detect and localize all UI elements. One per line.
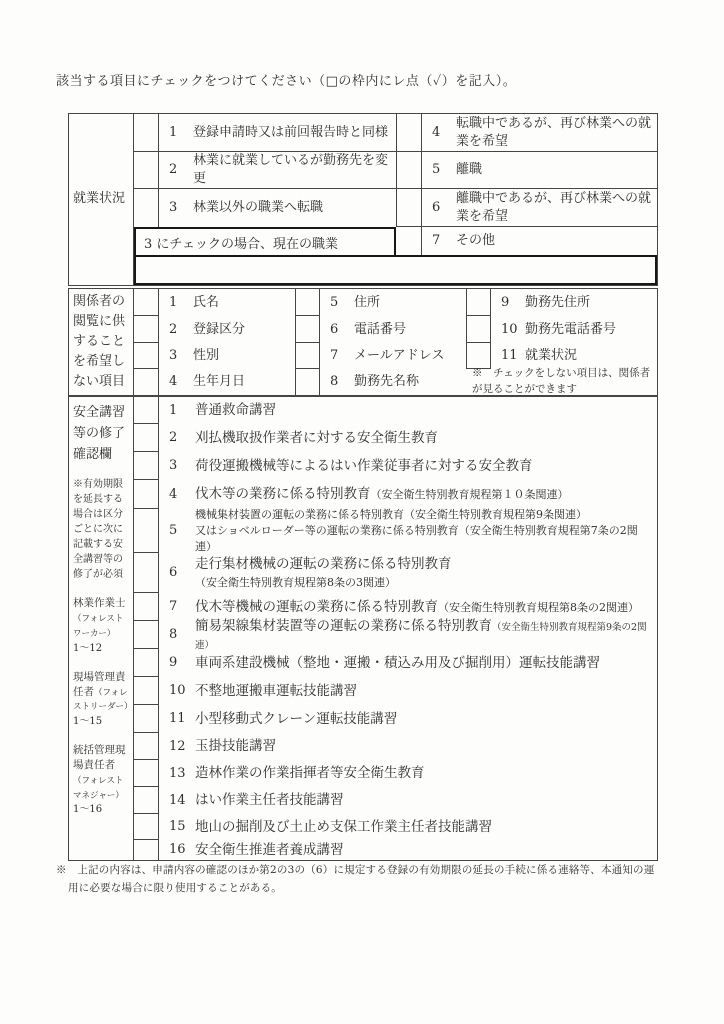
privacy-item: 5 住所 [320, 289, 466, 316]
training-item: 5機械集材装置の運転の業務に係る特別教育（安全衛生特別教育規程第9条関連） 又は… [159, 509, 657, 553]
training-item: 12玉掛技能講習 [159, 733, 657, 760]
training-item: 16安全衛生推進者養成講習 [159, 840, 657, 860]
privacy-item: 7 メールアドレス [320, 343, 466, 369]
checkbox[interactable] [295, 289, 320, 316]
employment-option: 1 登録申請時又は前回報告時と同様 [159, 114, 396, 152]
current-occupation-caption: 3 にチェックの場合、現在の職業 [134, 227, 396, 255]
training-label-title: 安全講習等の修了確認欄 [73, 403, 130, 465]
checkbox[interactable] [134, 369, 159, 395]
checkbox[interactable] [134, 787, 159, 814]
scanned-form-page: 該当する項目にチェックをつけてください（□の枠内にレ点（✓）を記入）。 就業状況… [0, 0, 724, 1024]
usage-footnote: ※ 上記の内容は、申請内容の確認のほか第2の3の（6）に規定する登録の有効期限の… [56, 862, 656, 898]
checkbox[interactable] [295, 369, 320, 395]
checkbox[interactable] [134, 452, 159, 480]
checkbox[interactable] [134, 593, 159, 621]
checkbox[interactable] [396, 114, 422, 152]
checkbox[interactable] [134, 316, 159, 343]
privacy-item: 6 電話番号 [320, 316, 466, 343]
training-item: 2刈払機取扱作業者に対する安全衛生教育 [159, 424, 657, 452]
privacy-preference-table: 関係者の閲覧に供することを希望しない項目 1 氏名 5 住所 9 勤務先住所 [68, 288, 658, 396]
privacy-item: 4 生年月日 [159, 369, 295, 395]
form-instruction: 該当する項目にチェックをつけてください（□の枠内にレ点（✓）を記入）。 [56, 70, 516, 89]
checkbox[interactable] [134, 424, 159, 452]
checkbox[interactable] [134, 649, 159, 677]
training-item: 11小型移動式クレーン運転技能講習 [159, 705, 657, 733]
role-forest-manager: 統括管理現場責任者（フォレストマネジャー） 1～16 [73, 743, 130, 817]
privacy-item: 1 氏名 [159, 289, 295, 316]
employment-option: 3 林業以外の職業へ転職 [159, 189, 396, 227]
training-label-note: ※有効期限を延長する場合は区分ごとに次に記載する安全講習等の修了が必須 [73, 477, 130, 582]
role-forest-worker: 林業作業士（フォレストワーカー） 1～12 [73, 596, 130, 655]
employment-status-table: 就業状況 1 登録申請時又は前回報告時と同様 4 転職中であるが、再び林業への就… [68, 113, 658, 286]
training-item: 8簡易架線集材装置等の運転の業務に係る特別教育（安全衛生特別教育規程第9条の2関… [159, 621, 657, 649]
checkbox[interactable] [396, 152, 422, 189]
checkbox[interactable] [466, 343, 491, 369]
training-item: 14はい作業主任者技能講習 [159, 787, 657, 814]
employment-option: 4 転職中であるが、再び林業への就業を希望 [422, 114, 657, 152]
privacy-item: 10 勤務先電話番号 [491, 316, 657, 343]
checkbox[interactable] [134, 480, 159, 509]
checkbox[interactable] [134, 705, 159, 733]
privacy-item: 9 勤務先住所 [491, 289, 657, 316]
privacy-table-label: 関係者の閲覧に供することを希望しない項目 [69, 289, 134, 395]
current-occupation-input-row[interactable] [134, 255, 657, 285]
employment-option: 2 林業に就業しているが勤務先を変更 [159, 152, 396, 189]
checkbox[interactable] [134, 397, 159, 424]
checkbox[interactable] [134, 343, 159, 369]
training-item: 13造林作業の作業指揮者等安全衛生教育 [159, 760, 657, 787]
checkbox[interactable] [134, 289, 159, 316]
training-item: 15地山の掘削及び土止め支保工作業主任者技能講習 [159, 814, 657, 840]
employment-option: 5 離職 [422, 152, 657, 189]
checkbox[interactable] [295, 343, 320, 369]
checkbox[interactable] [134, 733, 159, 760]
checkbox[interactable] [134, 152, 159, 189]
privacy-item: 8 勤務先名称 [320, 369, 466, 395]
checkbox[interactable] [134, 509, 159, 553]
training-item: 9車両系建設機械（整地・運搬・積込み用及び掘削用）運転技能講習 [159, 649, 657, 677]
checkbox[interactable] [134, 840, 159, 860]
training-item: 3荷役運搬機械等によるはい作業従事者に対する安全教育 [159, 452, 657, 480]
employment-option-other: 7 その他 [422, 227, 657, 255]
checkbox[interactable] [466, 289, 491, 316]
privacy-item: 3 性別 [159, 343, 295, 369]
safety-training-table: 安全講習等の修了確認欄 ※有効期限を延長する場合は区分ごとに次に記載する安全講習… [68, 396, 658, 861]
training-item: 10不整地運搬車運転技能講習 [159, 677, 657, 705]
privacy-item: 2 登録区分 [159, 316, 295, 343]
checkbox[interactable] [134, 553, 159, 593]
employment-status-label: 就業状況 [69, 114, 134, 285]
checkbox[interactable] [134, 621, 159, 649]
role-forest-leader: 現場管理責任者（フォレストリーダー） 1～15 [73, 670, 130, 729]
training-table-label: 安全講習等の修了確認欄 ※有効期限を延長する場合は区分ごとに次に記載する安全講習… [69, 397, 134, 860]
checkbox[interactable] [134, 114, 159, 152]
training-item: 6走行集材機械の運転の業務に係る特別教育（安全衛生特別教育規程第8条の3関連） [159, 553, 657, 593]
checkbox[interactable] [396, 227, 422, 255]
checkbox[interactable] [134, 760, 159, 787]
checkbox[interactable] [295, 316, 320, 343]
privacy-item: 11 就業状況 [491, 343, 657, 369]
privacy-note: ※ チェックをしない項目は、関係者が見ることができます [466, 369, 657, 395]
checkbox[interactable] [134, 677, 159, 705]
training-item: 1普通救命講習 [159, 397, 657, 424]
training-item: 4伐木等の業務に係る特別教育（安全衛生特別教育規程第１０条関連） [159, 480, 657, 509]
checkbox[interactable] [396, 189, 422, 227]
checkbox[interactable] [134, 814, 159, 840]
checkbox[interactable] [134, 189, 159, 227]
checkbox[interactable] [466, 316, 491, 343]
employment-option: 6 離職中であるが、再び林業への就業を希望 [422, 189, 657, 227]
